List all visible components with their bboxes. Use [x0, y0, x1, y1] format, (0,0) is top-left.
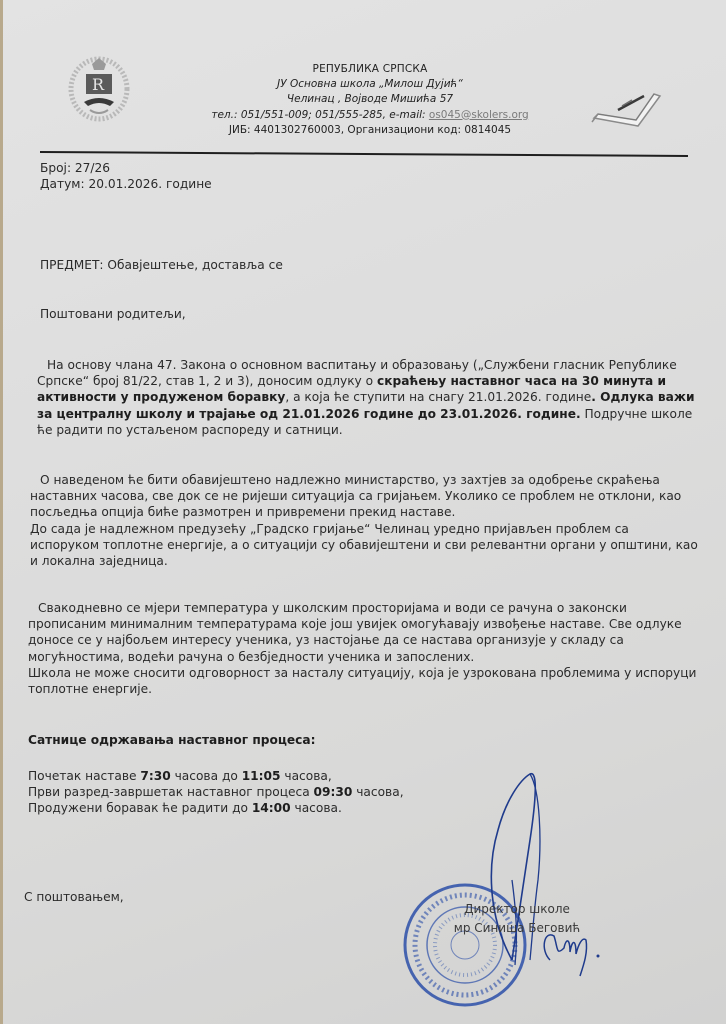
signatory-block: Директор школе мр Синиша Беговић: [452, 900, 582, 938]
signatory-title: Директор школе: [452, 900, 582, 919]
letterhead-address: Челинац , Војводе Мишића 57: [180, 92, 560, 107]
p3-line-1-text: Свакодневно се мјери температура у школс…: [28, 601, 682, 664]
svg-text:R: R: [92, 75, 105, 94]
p2-line-2: До сада је надлежном предузећу „Градско …: [30, 521, 700, 570]
paragraph-ministry: О наведеном ће бити обавијештено надлежн…: [30, 472, 700, 569]
schedule-row-text: Први разред-завршетак наставног процеса: [28, 785, 314, 799]
signatory-name: мр Синиша Беговић: [452, 919, 582, 938]
p3-line-2: Школа не може сносити одговорност за нас…: [28, 665, 698, 697]
document-date: Датум: 20.01.2026. године: [40, 176, 212, 192]
schedule-row-text: часова,: [281, 769, 332, 783]
schedule-row: Почетак наставе 7:30 часова до 11:05 час…: [28, 768, 404, 784]
coat-of-arms-seal-icon: R: [62, 52, 136, 122]
letterhead-email-link[interactable]: os045@skolers.org: [429, 109, 529, 121]
closing-phrase: С поштовањем,: [24, 889, 124, 905]
signature-icon: [420, 760, 620, 980]
letterhead-phone: тел.: 051/551-009; 051/555-285, e-mail:: [211, 109, 429, 121]
document-meta: Број: 27/26 Датум: 20.01.2026. године: [40, 160, 212, 192]
paragraph-decision: На основу члана 47. Закона о основном ва…: [37, 357, 707, 438]
p2-line-1: О наведеном ће бити обавијештено надлежн…: [30, 472, 700, 521]
schedule-row-text: часова до: [171, 769, 242, 783]
letterhead-republic: РЕПУБЛИКА СРПСКА: [180, 62, 560, 77]
schedule-time: 11:05: [242, 769, 281, 783]
schedule-row: Први разред-завршетак наставног процеса …: [28, 784, 404, 800]
p3-line-1: Свакодневно се мјери температура у школс…: [28, 600, 698, 665]
letterhead-school: ЈУ Основна школа „Милош Дујић“: [180, 77, 560, 92]
schedule-title: Сатнице одржавања наставног процеса:: [28, 732, 316, 748]
schedule-row: Продужени боравак ће радити до 14:00 час…: [28, 800, 404, 816]
schedule-list: Почетак наставе 7:30 часова до 11:05 час…: [28, 768, 404, 817]
schedule-row-text: Продужени боравак ће радити до: [28, 801, 252, 815]
salutation: Поштовани родитељи,: [40, 306, 186, 322]
header-divider: [40, 151, 688, 156]
document-number: Број: 27/26: [40, 160, 212, 176]
letterhead: РЕПУБЛИКА СРПСКА ЈУ Основна школа „Милош…: [180, 62, 560, 138]
schedule-time: 14:00: [252, 801, 291, 815]
p2-line-1-text: О наведеном ће бити обавијештено надлежн…: [30, 473, 681, 519]
letter-page: R РЕПУБЛИКА СРПСКА ЈУ Основна школа „Мил…: [0, 0, 726, 1024]
schedule-time: 7:30: [140, 769, 170, 783]
schedule-row-text: часова.: [291, 801, 342, 815]
schedule-time: 09:30: [314, 785, 353, 799]
p1-text-2: , а која ће ступити на снагу 21.01.2026.…: [285, 390, 591, 404]
schedule-row-text: часова,: [352, 785, 403, 799]
paragraph-temperature: Свакодневно се мјери температура у школс…: [28, 600, 698, 697]
document-subject: ПРЕДМЕТ: Обавјештење, доставља се: [40, 257, 283, 273]
letterhead-contact: тел.: 051/551-009; 051/555-285, e-mail: …: [180, 108, 560, 123]
schedule-row-text: Почетак наставе: [28, 769, 140, 783]
letterhead-ids: ЈИБ: 4401302760003, Организациони код: 0…: [180, 123, 560, 138]
open-book-pen-icon: [588, 84, 668, 130]
